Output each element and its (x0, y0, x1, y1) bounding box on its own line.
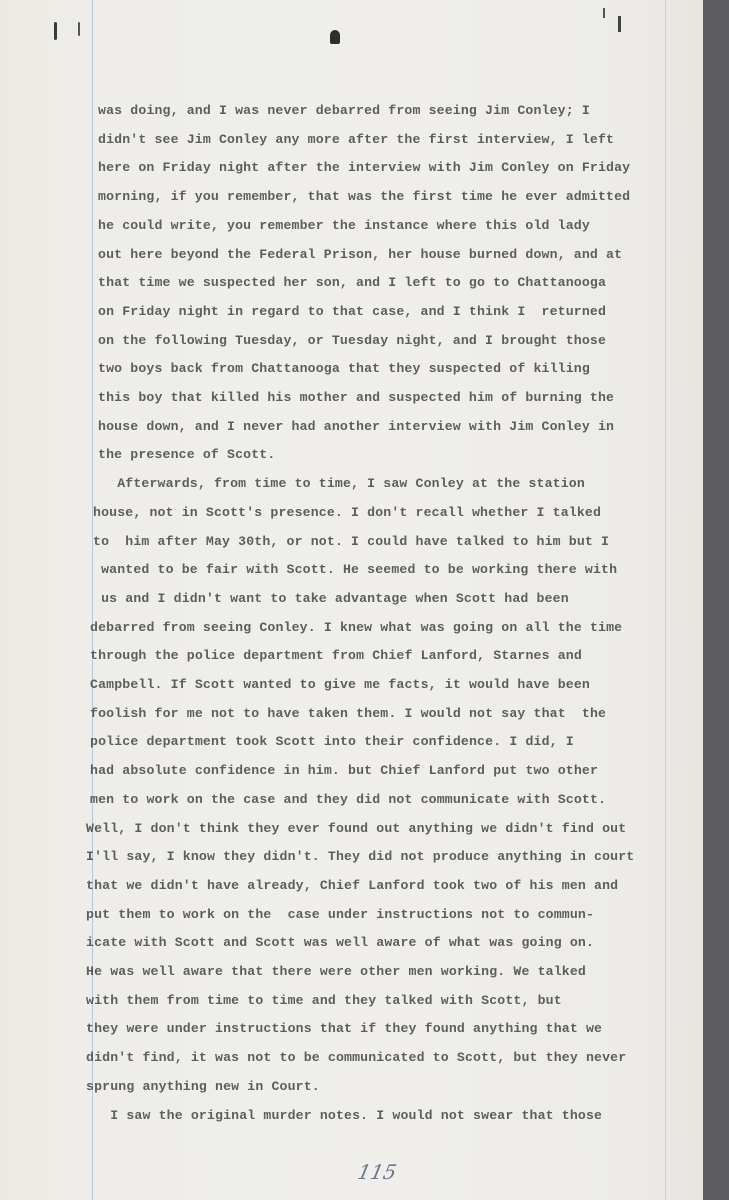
text-line: house down, and I never had another inte… (98, 419, 614, 434)
text-line: Campbell. If Scott wanted to give me fac… (90, 677, 590, 692)
text-line: He was well aware that there were other … (86, 964, 586, 979)
text-line: with them from time to time and they tal… (86, 993, 562, 1008)
text-line: I'll say, I know they didn't. They did n… (86, 849, 634, 864)
text-line: that time we suspected her son, and I le… (98, 275, 606, 290)
text-line: men to work on the case and they did not… (90, 792, 606, 807)
text-line: two boys back from Chattanooga that they… (98, 361, 590, 376)
text-line: Well, I don't think they ever found out … (86, 821, 626, 836)
text-line: they were under instructions that if the… (86, 1021, 602, 1036)
text-line: on Friday night in regard to that case, … (98, 304, 606, 319)
text-line: house, not in Scott's presence. I don't … (93, 505, 601, 520)
text-line: was doing, and I was never debarred from… (98, 103, 590, 118)
text-line: debarred from seeing Conley. I knew what… (90, 620, 622, 635)
handwritten-page-number: 115 (355, 1160, 398, 1184)
text-line: to him after May 30th, or not. I could h… (93, 534, 609, 549)
text-line: didn't see Jim Conley any more after the… (98, 132, 614, 147)
text-line: out here beyond the Federal Prison, her … (98, 247, 622, 262)
text-line: morning, if you remember, that was the f… (98, 189, 630, 204)
text-line: icate with Scott and Scott was well awar… (86, 935, 594, 950)
text-line: Afterwards, from time to time, I saw Con… (93, 476, 585, 491)
text-line: sprung anything new in Court. (86, 1079, 320, 1094)
text-line: this boy that killed his mother and susp… (98, 390, 614, 405)
text-line: had absolute confidence in him. but Chie… (90, 763, 598, 778)
text-line: the presence of Scott. (98, 447, 275, 462)
text-line: he could write, you remember the instanc… (98, 218, 590, 233)
text-line: us and I didn't want to take advantage w… (93, 591, 569, 606)
text-line: didn't find, it was not to be communicat… (86, 1050, 626, 1065)
text-line: wanted to be fair with Scott. He seemed … (93, 562, 617, 577)
text-line: police department took Scott into their … (90, 734, 574, 749)
document-page: was doing, and I was never debarred from… (0, 0, 703, 1200)
text-line: I saw the original murder notes. I would… (86, 1108, 602, 1123)
text-line: put them to work on the case under instr… (86, 907, 594, 922)
text-line: here on Friday night after the interview… (98, 160, 630, 175)
text-line: through the police department from Chief… (90, 648, 582, 663)
typed-transcript: was doing, and I was never debarred from… (0, 0, 703, 1200)
text-line: foolish for me not to have taken them. I… (90, 706, 606, 721)
text-line: on the following Tuesday, or Tuesday nig… (98, 333, 606, 348)
text-line: that we didn't have already, Chief Lanfo… (86, 878, 618, 893)
